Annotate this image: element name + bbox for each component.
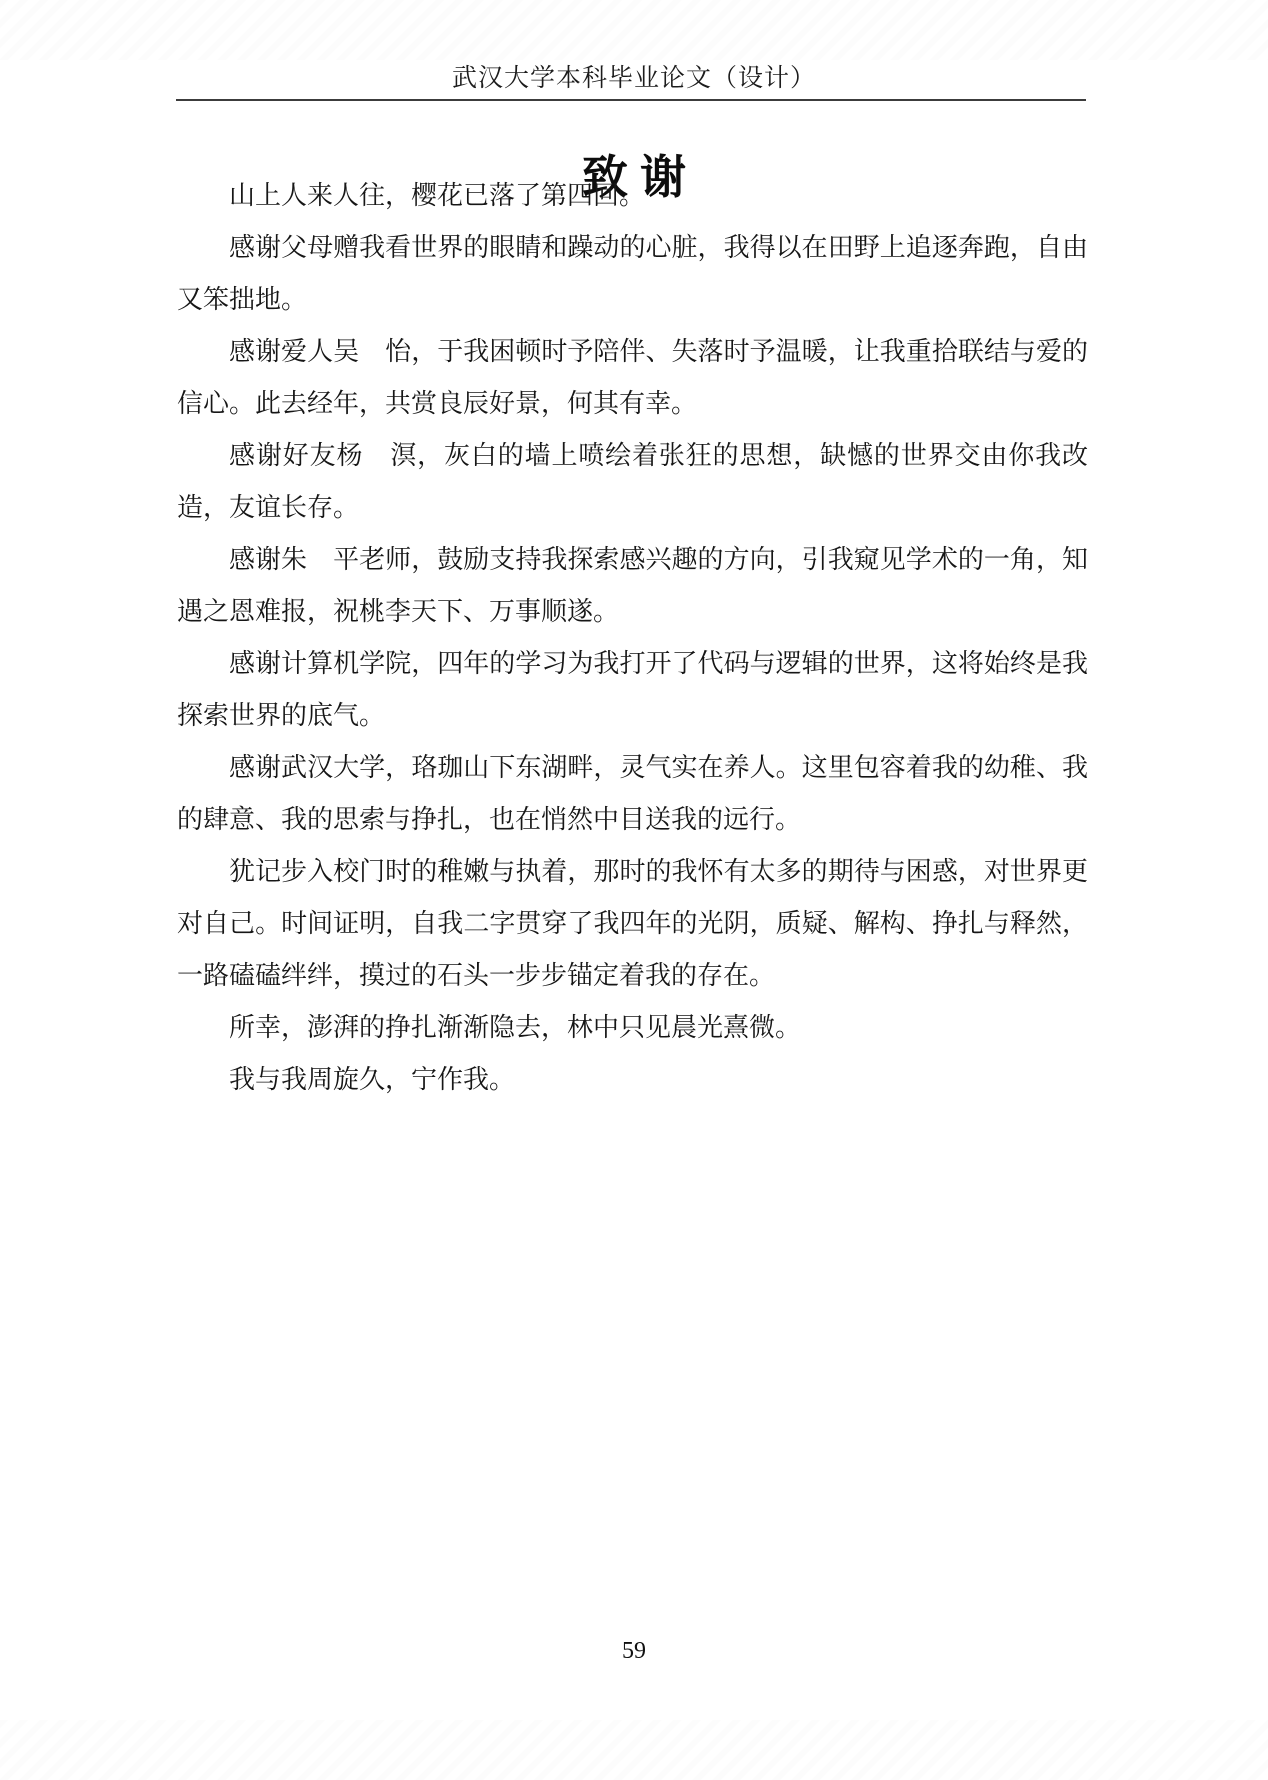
- header-rule: [176, 99, 1086, 101]
- scan-noise-bottom: [0, 1720, 1268, 1780]
- paragraph: 我与我周旋久，宁作我。: [177, 1054, 1088, 1106]
- paragraph: 感谢计算机学院，四年的学习为我打开了代码与逻辑的世界，这将始终是我探索世界的底气…: [177, 638, 1088, 742]
- page-number: 59: [0, 1638, 1268, 1665]
- document-page: 武汉大学本科毕业论文（设计） 致谢 山上人来人往，樱花已落了第四回。感谢父母赠我…: [0, 0, 1268, 1780]
- paragraph: 所幸，澎湃的挣扎渐渐隐去，林中只见晨光熹微。: [177, 1002, 1088, 1054]
- paragraph: 感谢爱人吴 怡，于我困顿时予陪伴、失落时予温暖，让我重拾联结与爱的信心。此去经年…: [177, 326, 1088, 430]
- acknowledgements-body: 山上人来人往，樱花已落了第四回。感谢父母赠我看世界的眼睛和躁动的心脏，我得以在田…: [177, 170, 1088, 1106]
- running-header: 武汉大学本科毕业论文（设计）: [0, 58, 1268, 94]
- paragraph: 感谢父母赠我看世界的眼睛和躁动的心脏，我得以在田野上追逐奔跑，自由又笨拙地。: [177, 222, 1088, 326]
- paragraph: 山上人来人往，樱花已落了第四回。: [177, 170, 1088, 222]
- paragraph: 感谢朱 平老师，鼓励支持我探索感兴趣的方向，引我窥见学术的一角，知遇之恩难报，祝…: [177, 534, 1088, 638]
- paragraph: 感谢好友杨 溟，灰白的墙上喷绘着张狂的思想，缺憾的世界交由你我改造，友谊长存。: [177, 430, 1088, 534]
- scan-noise-top: [0, 0, 1268, 60]
- paragraph: 犹记步入校门时的稚嫩与执着，那时的我怀有太多的期待与困惑，对世界更对自己。时间证…: [177, 846, 1088, 1002]
- paragraph: 感谢武汉大学，珞珈山下东湖畔，灵气实在养人。这里包容着我的幼稚、我的肆意、我的思…: [177, 742, 1088, 846]
